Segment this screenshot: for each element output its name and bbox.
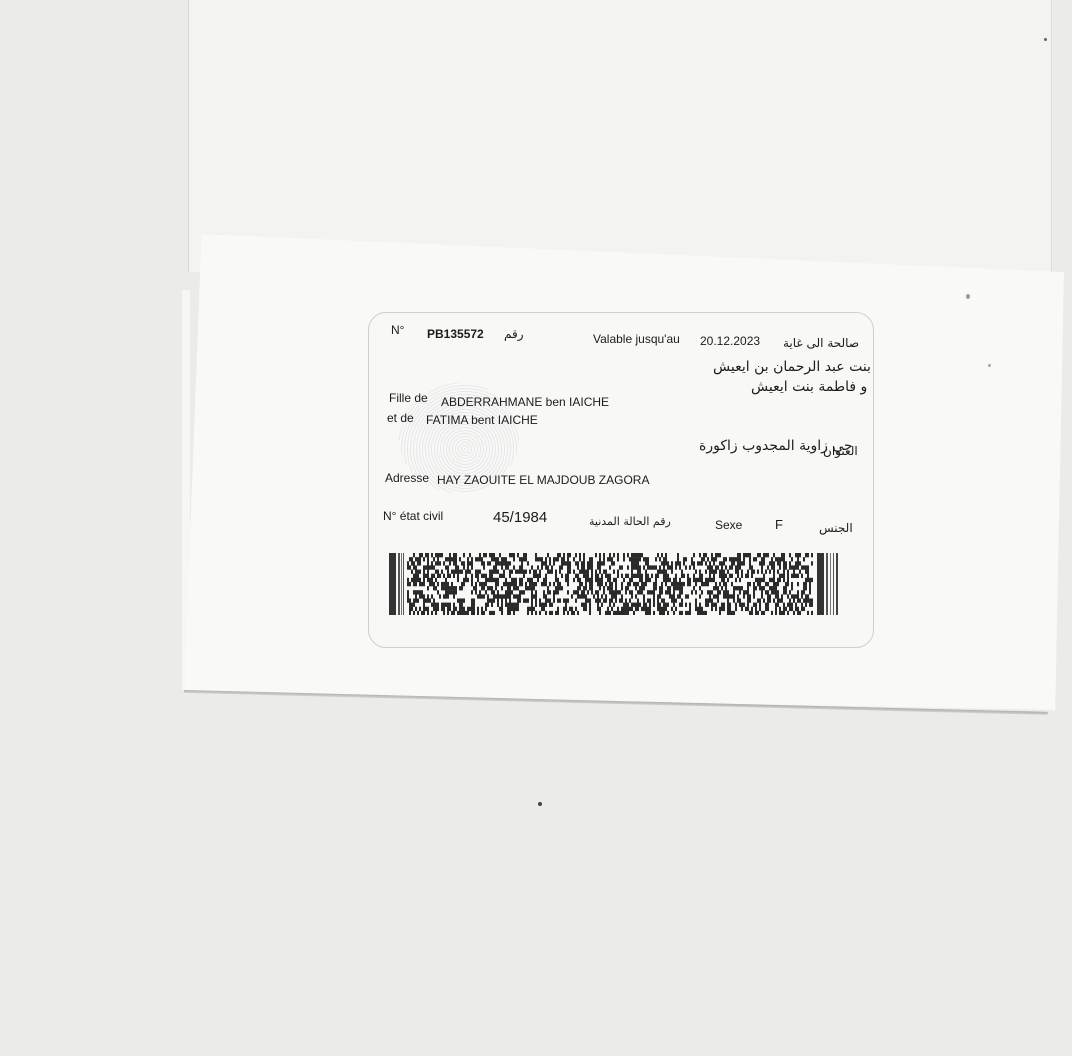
scan-speck (988, 364, 991, 367)
sex-value: F (775, 517, 783, 532)
id-card: N° PB135572 رقم Valable jusqu'au 20.12.2… (368, 312, 874, 648)
validity-label-fr: Valable jusqu'au (593, 332, 680, 346)
number-label-fr: N° (391, 323, 404, 337)
validity-date: 20.12.2023 (700, 334, 760, 348)
mother-label: et de (387, 411, 414, 425)
father-label: Fille de (389, 391, 428, 405)
upper-paper-sheet (188, 0, 1052, 272)
card-number: PB135572 (427, 327, 484, 341)
validity-label-ar: صالحة الى غاية (783, 336, 859, 350)
sex-label-ar: الجنس (819, 521, 853, 535)
mother-name: FATIMA bent IAICHE (426, 413, 538, 427)
address-label-fr: Adresse (385, 471, 429, 485)
sex-label-fr: Sexe (715, 518, 742, 532)
parents-ar-line1: بنت عبد الرحمان بن ايعيش (713, 359, 871, 375)
address-value-ar: حي زاوية المجدوب زاكورة (699, 438, 853, 454)
number-label-ar: رقم (504, 327, 524, 341)
scan-speck (966, 294, 970, 299)
father-name: ABDERRAHMANE ben IAICHE (441, 395, 609, 409)
civil-status-label: N° état civil (383, 509, 443, 523)
scan-speck (1044, 38, 1047, 41)
address-value-fr: HAY ZAOUITE EL MAJDOUB ZAGORA (437, 473, 649, 487)
civil-status-label-ar: رقم الحالة المدنية (589, 515, 671, 528)
pdf417-barcode-icon (389, 553, 841, 615)
scan-speck (538, 802, 542, 806)
parents-ar-line2: و فاطمة بنت ايعيش (751, 379, 867, 395)
civil-status-number: 45/1984 (493, 509, 547, 526)
